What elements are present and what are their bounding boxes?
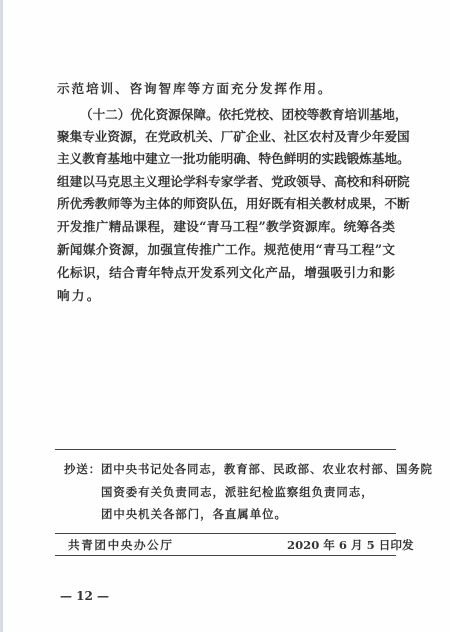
- body-line: 化标识，结合青年特点开发系列文化产品，增强吸引力和影: [57, 265, 395, 281]
- cc-label: 抄送：: [64, 462, 101, 476]
- body-line: 聚集专业资源，在党政机关、厂矿企业、社区农村及青少年爱国: [57, 129, 395, 145]
- cc-line: 团中央机关各部门，各直属单位。: [101, 507, 287, 521]
- issue-date: 2020 年 6 月 5 日印发: [287, 538, 414, 552]
- issuer: 共青团中央办公厅: [68, 538, 174, 552]
- cc-line: 国资委有关负责同志，派驻纪检监察组负责同志，: [101, 485, 374, 499]
- body-line: 响力。: [57, 288, 395, 304]
- footer-bottom-divider: [55, 555, 396, 556]
- page-number: — 12 —: [60, 589, 109, 603]
- body-line: 开发推广精品课程，建设“青马工程”教学资源库。统筹各类: [57, 219, 395, 235]
- body-line: 主义教育基地中建立一批功能明确、特色鲜明的实践锻炼基地。: [57, 151, 395, 167]
- cc-line: 团中央书记处各同志，教育部、民政部、农业农村部、国务院: [101, 462, 433, 476]
- body-line: 所优秀教师等为主体的师资队伍，用好既有相关教材成果，不断: [57, 196, 395, 212]
- cc-top-divider: [55, 449, 396, 450]
- body-line: 新闻媒介资源，加强宣传推广工作。规范使用“青马工程”文: [57, 242, 395, 258]
- footer-top-divider: [55, 533, 396, 534]
- body-line: 示范培训、咨询智库等方面充分发挥作用。: [57, 81, 395, 97]
- body-line: 组建以马克思主义理论学科专家学者、党政领导、高校和科研院: [57, 174, 395, 190]
- section-heading-line: （十二）优化资源保障。依托党校、团校等教育培训基地，: [80, 107, 394, 123]
